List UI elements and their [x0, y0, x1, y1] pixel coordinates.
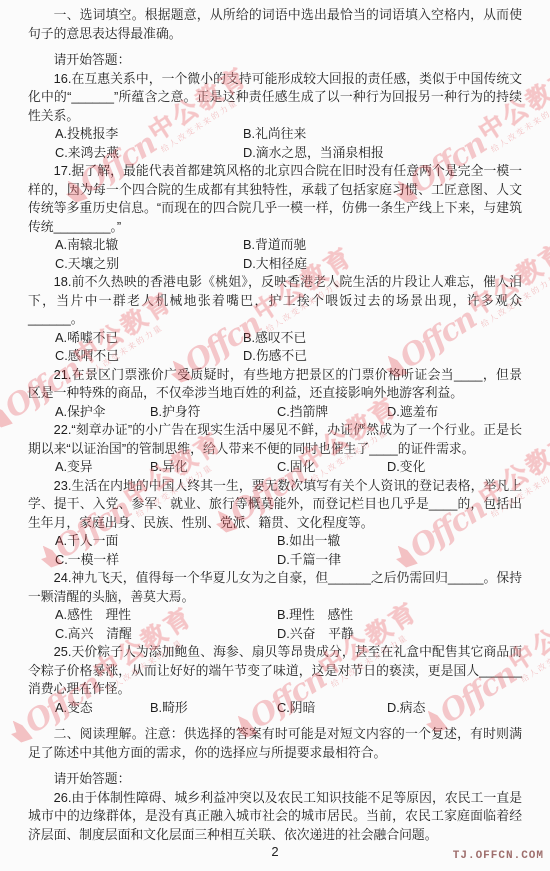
option-item: C.一模一样 — [55, 551, 277, 570]
question-22: 22.“刻章办证”的小广告在现实生活中屡见不鲜，办证俨然成为了一个行业。正是长期… — [28, 421, 522, 458]
answer-prompt-2: 请开始答题： — [28, 770, 522, 789]
option-item: A.变异 — [55, 458, 150, 477]
watermark-slogan: 给人改变未来的力量 — [520, 617, 550, 685]
option-item: D.滴水之恩，当涌泉相报 — [243, 144, 522, 163]
option-item: D.千篇一律 — [277, 551, 522, 570]
question-16: 16.在互惠关系中，一个微小的支持可能形成较大回报的责任感，类似于中国传统文化中… — [28, 70, 522, 126]
option-item: C.阴暗 — [277, 699, 387, 718]
option-item: A.投桃报李 — [55, 125, 243, 144]
option-item: D.伤感不已 — [243, 347, 522, 366]
options-21: A.保护伞B.护身符C.挡箭牌D.遮羞布 — [28, 403, 522, 422]
option-item: B.理性 感性 — [277, 606, 522, 625]
question-23: 23.生活在内地的中国人终其一生，要无数次填写有关个人资讯的登记表格，举凡上学、… — [28, 477, 522, 533]
option-item: B.如出一辙 — [277, 532, 522, 551]
flame-icon — [0, 402, 13, 433]
options-22: A.变异B.异化C.固化D.变化 — [28, 458, 522, 477]
option-item: A.保护伞 — [55, 403, 150, 422]
option-item: A.唏嘘不已 — [55, 329, 243, 348]
option-item: A.千人一面 — [55, 532, 277, 551]
option-item: C.高兴 清醒 — [55, 625, 277, 644]
footer-site-url: TJ.OFFCN.COM — [453, 850, 544, 862]
option-item: B.护身符 — [150, 403, 277, 422]
question-24: 24.神九飞天，值得每一个华夏儿女为之自豪，但______之后仍需回归_____… — [28, 569, 522, 606]
option-item: A.变态 — [55, 699, 150, 718]
question-17: 17.据了解，最能代表首都建筑风格的北京四合院在旧时没有任意两个是完全一模一样的… — [28, 162, 522, 236]
options-25: A.变态B.畸形C.阴暗D.病态 — [28, 699, 522, 718]
question-25: 25.天价粽子人为添加鲍鱼、海参、扇贝等昂贵成分，甚至在礼盒中配售其它商品而令粽… — [28, 643, 522, 699]
options-16: A.投桃报李B.礼尚往来C.来鸿去燕D.滴水之恩，当涌泉相报 — [28, 125, 522, 162]
option-item: D.大相径庭 — [243, 255, 522, 274]
answer-prompt-1: 请开始答题： — [28, 51, 522, 70]
option-item: B.背道而驰 — [243, 236, 522, 255]
option-item: D.遮羞布 — [387, 403, 522, 422]
options-23: A.千人一面B.如出一辙C.一模一样D.千篇一律 — [28, 532, 522, 569]
options-17: A.南辕北辙B.背道而驰C.天壤之别D.大相径庭 — [28, 236, 522, 273]
document-content: 一、选词填空。根据题意，从所给的词语中选出最恰当的词语填入空格内，从而使句子的意… — [28, 6, 522, 844]
option-item: C.天壤之别 — [55, 255, 243, 274]
exam-paper-page: Offcn中公教育给人改变未来的力量Offcn中公教育给人改变未来的力量Offc… — [0, 0, 550, 871]
section-heading-1: 一、选词填空。根据题意，从所给的词语中选出最恰当的词语填入空格内，从而使句子的意… — [28, 6, 522, 43]
question-21: 21.在景区门票涨价广受质疑时，有些地方把景区的门票价格听证会当____，但景区… — [28, 366, 522, 403]
question-18: 18.前不久热映的香港电影《桃姐》，反映香港老人院生活的片段让人难忘，催人泪下，… — [28, 273, 522, 329]
question-26: 26.由于体制性障碍、城乡利益冲突以及农民工知识技能不足等原因，农民工一直是城市… — [28, 789, 522, 845]
option-item: A.南辕北辙 — [55, 236, 243, 255]
option-item: B.异化 — [150, 458, 277, 477]
section-heading-2: 二、阅读理解。注意：供选择的答案有时可能是对短文内容的一个复述，有时则满足了陈述… — [28, 725, 522, 762]
option-item: D.病态 — [387, 699, 522, 718]
option-item: A.感性 理性 — [55, 606, 277, 625]
options-24: A.感性 理性B.理性 感性C.高兴 清醒D.兴奋 平静 — [28, 606, 522, 643]
option-item: C.挡箭牌 — [277, 403, 387, 422]
option-item: C.固化 — [277, 458, 387, 477]
option-item: D.兴奋 平静 — [277, 625, 522, 644]
option-item: C.感喟不已 — [55, 347, 243, 366]
option-item: B.畸形 — [150, 699, 277, 718]
option-item: D.变化 — [387, 458, 522, 477]
option-item: B.礼尚往来 — [243, 125, 522, 144]
option-item: B.感叹不已 — [243, 329, 522, 348]
options-18: A.唏嘘不已B.感叹不已C.感喟不已D.伤感不已 — [28, 329, 522, 366]
option-item: C.来鸿去燕 — [55, 144, 243, 163]
